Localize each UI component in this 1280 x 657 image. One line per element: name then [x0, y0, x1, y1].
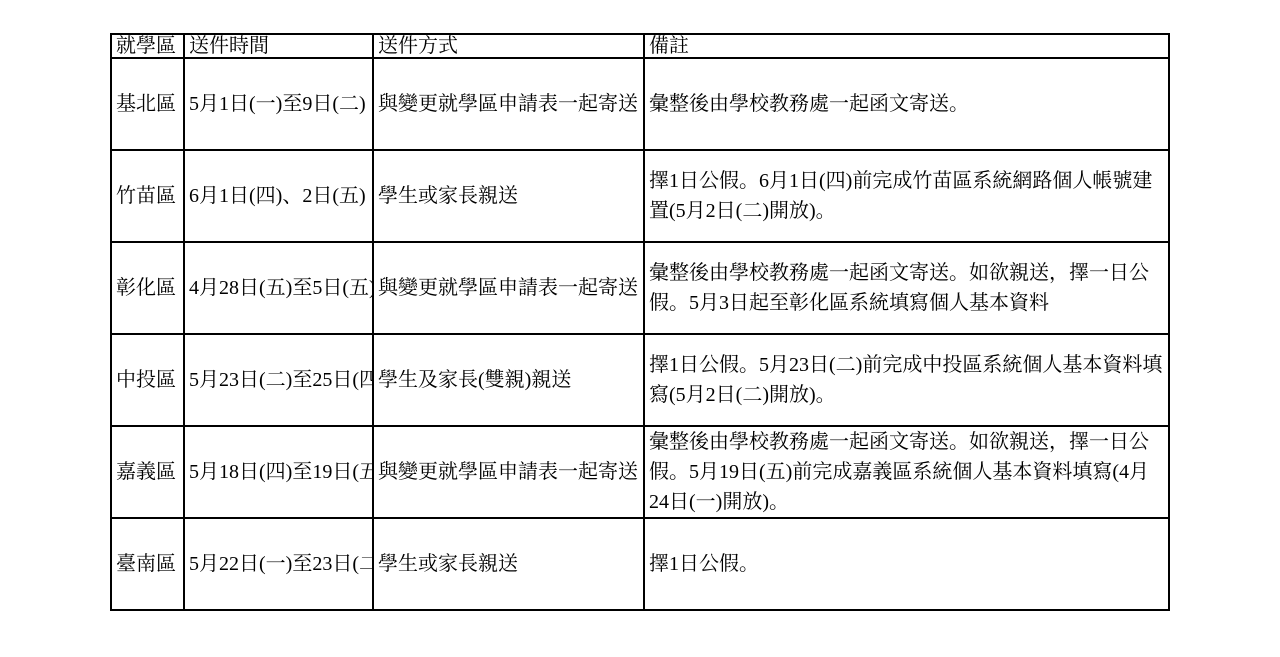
method-cell: 與變更就學區申請表一起寄送 [373, 242, 644, 334]
note-cell: 擇1日公假。 [644, 518, 1169, 610]
method-cell: 與變更就學區申請表一起寄送 [373, 58, 644, 150]
district-cell: 中投區 [111, 334, 184, 426]
header-row: 就學區 送件時間 送件方式 備註 [111, 34, 1169, 58]
table-row: 臺南區 5月22日(一)至23日(二 學生或家長親送 擇1日公假。 [111, 518, 1169, 610]
header-district: 就學區 [111, 34, 184, 58]
district-cell: 臺南區 [111, 518, 184, 610]
header-method: 送件方式 [373, 34, 644, 58]
table-row: 基北區 5月1日(一)至9日(二) 與變更就學區申請表一起寄送 彙整後由學校教務… [111, 58, 1169, 150]
method-cell: 學生及家長(雙親)親送 [373, 334, 644, 426]
header-note: 備註 [644, 34, 1169, 58]
time-cell: 5月18日(四)至19日(五 [184, 426, 373, 518]
note-cell: 擇1日公假。6月1日(四)前完成竹苗區系統網路個人帳號建置(5月2日(二)開放)… [644, 150, 1169, 242]
header-time: 送件時間 [184, 34, 373, 58]
submission-schedule-table: 就學區 送件時間 送件方式 備註 基北區 5月1日(一)至9日(二) 與變更就學… [110, 33, 1170, 611]
method-cell: 學生或家長親送 [373, 518, 644, 610]
time-cell: 5月23日(二)至25日(四 [184, 334, 373, 426]
method-cell: 學生或家長親送 [373, 150, 644, 242]
time-cell: 5月22日(一)至23日(二 [184, 518, 373, 610]
time-cell: 5月1日(一)至9日(二) [184, 58, 373, 150]
note-cell: 擇1日公假。5月23日(二)前完成中投區系統個人基本資料填寫(5月2日(二)開放… [644, 334, 1169, 426]
table-row: 嘉義區 5月18日(四)至19日(五 與變更就學區申請表一起寄送 彙整後由學校教… [111, 426, 1169, 518]
note-cell: 彙整後由學校教務處一起函文寄送。如欲親送，擇一日公假。5月19日(五)前完成嘉義… [644, 426, 1169, 518]
method-cell: 與變更就學區申請表一起寄送 [373, 426, 644, 518]
district-cell: 竹苗區 [111, 150, 184, 242]
district-cell: 基北區 [111, 58, 184, 150]
table-row: 彰化區 4月28日(五)至5日(五) 與變更就學區申請表一起寄送 彙整後由學校教… [111, 242, 1169, 334]
note-cell: 彙整後由學校教務處一起函文寄送。如欲親送，擇一日公假。5月3日起至彰化區系統填寫… [644, 242, 1169, 334]
table-row: 中投區 5月23日(二)至25日(四 學生及家長(雙親)親送 擇1日公假。5月2… [111, 334, 1169, 426]
district-cell: 彰化區 [111, 242, 184, 334]
note-cell: 彙整後由學校教務處一起函文寄送。 [644, 58, 1169, 150]
time-cell: 6月1日(四)、2日(五) [184, 150, 373, 242]
district-cell: 嘉義區 [111, 426, 184, 518]
time-cell: 4月28日(五)至5日(五) [184, 242, 373, 334]
table-row: 竹苗區 6月1日(四)、2日(五) 學生或家長親送 擇1日公假。6月1日(四)前… [111, 150, 1169, 242]
document-sheet: 就學區 送件時間 送件方式 備註 基北區 5月1日(一)至9日(二) 與變更就學… [110, 33, 1170, 611]
